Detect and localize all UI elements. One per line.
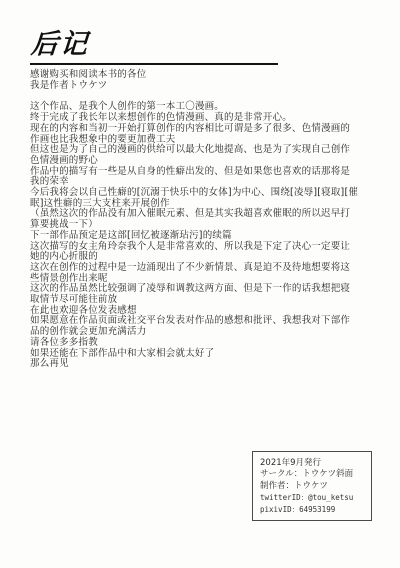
pixiv-id: pixivID：64953199 xyxy=(260,504,364,515)
circle-name: サークル：トウケツ斜面 xyxy=(260,469,364,480)
creator-name: 制作者：トウケツ xyxy=(260,481,364,492)
publish-date: 2021年9月発行 xyxy=(260,458,364,469)
colophon-box: 2021年9月発行 サークル：トウケツ斜面 制作者：トウケツ twitterID… xyxy=(252,451,372,521)
title-underline xyxy=(30,63,278,65)
body-text-line: 请各位多多指教 xyxy=(30,338,370,349)
page-title: 后记 xyxy=(30,30,372,60)
body-text-line: 现在的内容和当初一开始打算创作的内容相比可谓是多了很多、色情漫画的 xyxy=(30,124,370,135)
greeting-block: 感谢购买和阅读本书的各位我是作者トウケツ xyxy=(30,70,370,91)
body-text-line: 作品中的描写有一些是从自身的性癖出发的、但是如果您也喜欢的话那将是 xyxy=(30,167,370,178)
greeting-line: 我是作者トウケツ xyxy=(30,81,370,92)
body-text-line: 下一部作品预定是这部[回忆被逐渐玷污]的续篇 xyxy=(30,231,370,242)
body-text-line: 那么再见 xyxy=(30,359,370,370)
afterword-page: 后记 感谢购买和阅读本书的各位我是作者トウケツ 这个作品、是我个人创作的第一本工… xyxy=(0,0,400,568)
body-text: 这个作品、是我个人创作的第一本工〇漫画。终于完成了我长年以来想创作的色情漫画、真… xyxy=(30,102,370,370)
body-text-line: 如果还能在下部作品中和大家相会就太好了 xyxy=(30,349,370,360)
twitter-id: twitterID：@tou_ketsu xyxy=(260,492,364,503)
